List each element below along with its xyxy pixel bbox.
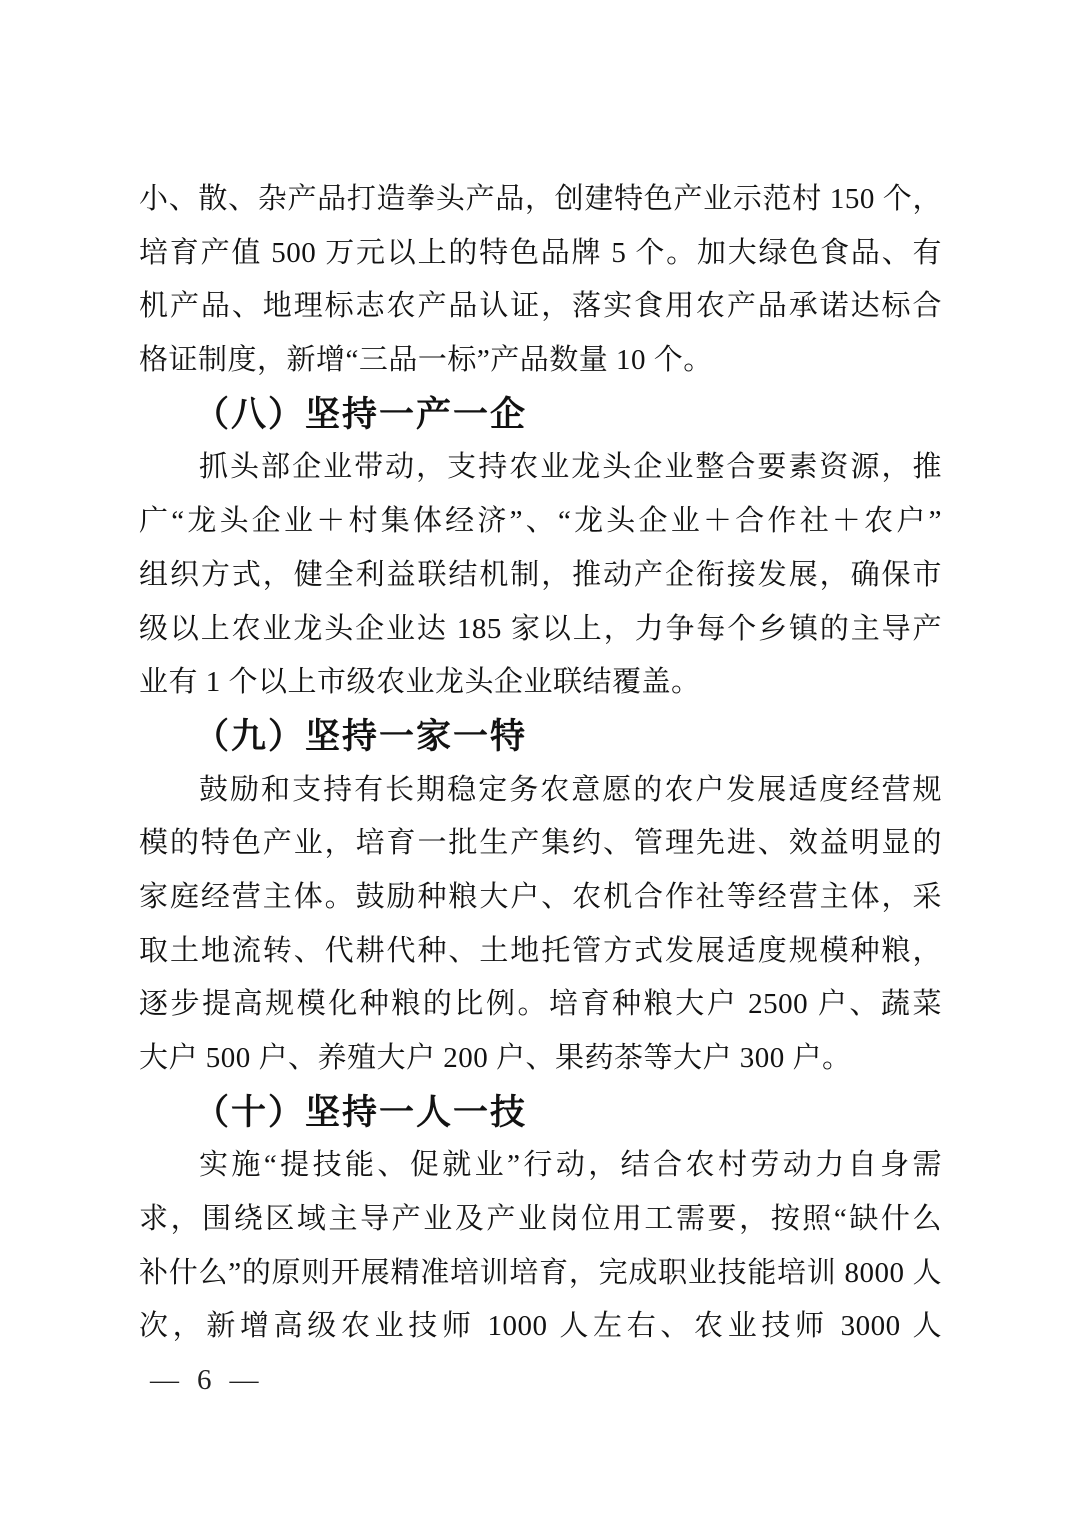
text-line: 补什么”的原则开展精准培训培育，完成职业技能培训 8000 人: [139, 1247, 942, 1301]
page-number: 6: [197, 1353, 212, 1407]
text-line: 家庭经营主体。鼓励种粮大户、农机合作社等经营主体，采: [139, 871, 942, 925]
text-line: 级以上农业龙头企业达 185 家以上，力争每个乡镇的主导产: [139, 603, 942, 657]
text-line: 取土地流转、代耕代种、土地托管方式发展适度规模种粮，: [139, 925, 942, 979]
text-line: （八）坚持一产一企: [139, 388, 942, 442]
text-line: 模的特色产业，培育一批生产集约、管理先进、效益明显的: [139, 817, 942, 871]
text-line: 抓头部企业带动，支持农业龙头企业整合要素资源，推: [139, 441, 942, 495]
document-body: 小、散、杂产品打造拳头产品，创建特色产业示范村 150 个，培育产值 500 万…: [139, 173, 942, 1354]
text-line: 次，新增高级农业技师 1000 人左右、农业技师 3000 人: [139, 1300, 942, 1354]
footer-right-dash: —: [230, 1353, 259, 1407]
text-line: （十）坚持一人一技: [139, 1086, 942, 1140]
text-line: 培育产值 500 万元以上的特色品牌 5 个。加大绿色食品、有: [139, 227, 942, 281]
document-page: 小、散、杂产品打造拳头产品，创建特色产业示范村 150 个，培育产值 500 万…: [0, 0, 1080, 1528]
footer-left-dash: —: [150, 1353, 179, 1407]
text-line: （九）坚持一家一特: [139, 710, 942, 764]
text-line: 逐步提高规模化种粮的比例。培育种粮大户 2500 户、蔬菜: [139, 978, 942, 1032]
text-line: 小、散、杂产品打造拳头产品，创建特色产业示范村 150 个，: [139, 173, 942, 227]
text-line: 机产品、地理标志农产品认证，落实食用农产品承诺达标合: [139, 280, 942, 334]
text-line: 鼓励和支持有长期稳定务农意愿的农户发展适度经营规: [139, 764, 942, 818]
text-line: 组织方式，健全利益联结机制，推动产企衔接发展，确保市: [139, 549, 942, 603]
text-line: 求，围绕区域主导产业及产业岗位用工需要，按照“缺什么: [139, 1193, 942, 1247]
text-line: 广“龙头企业＋村集体经济”、“龙头企业＋合作社＋农户”: [139, 495, 942, 549]
text-line: 格证制度，新增“三品一标”产品数量 10 个。: [139, 334, 942, 388]
text-line: 业有 1 个以上市级农业龙头企业联结覆盖。: [139, 656, 942, 710]
page-footer: —6—: [150, 1353, 259, 1407]
text-line: 实施“提技能、促就业”行动，结合农村劳动力自身需: [139, 1139, 942, 1193]
text-line: 大户 500 户、养殖大户 200 户、果药茶等大户 300 户。: [139, 1032, 942, 1086]
